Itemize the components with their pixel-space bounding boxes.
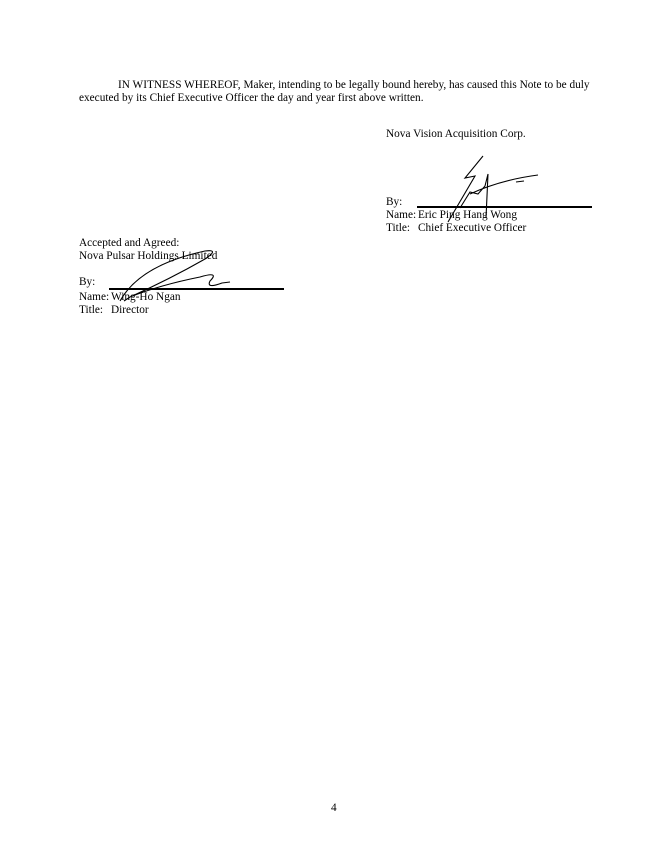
acceptance-by-label: By: <box>79 276 95 289</box>
acceptance-name-value: Wing-Ho Ngan <box>111 291 181 303</box>
maker-name-row: Name:Eric Ping Hang Wong <box>386 209 517 222</box>
maker-title-value: Chief Executive Officer <box>418 222 526 234</box>
acceptance-title-row: Title:Director <box>79 304 149 317</box>
maker-name-value: Eric Ping Hang Wong <box>418 209 517 221</box>
witness-paragraph-line1: IN WITNESS WHEREOF, Maker, intending to … <box>118 79 590 92</box>
acceptance-title-label: Title: <box>79 304 111 317</box>
maker-title-row: Title:Chief Executive Officer <box>386 222 526 235</box>
maker-title-label: Title: <box>386 222 418 235</box>
maker-company-name: Nova Vision Acquisition Corp. <box>386 128 526 141</box>
maker-by-label: By: <box>386 196 402 209</box>
acceptance-name-label: Name: <box>79 291 111 304</box>
witness-paragraph-line2: executed by its Chief Executive Officer … <box>79 92 424 105</box>
page-number: 4 <box>331 802 337 815</box>
maker-name-label: Name: <box>386 209 418 222</box>
acceptance-name-row: Name:Wing-Ho Ngan <box>79 291 181 304</box>
acceptance-title-value: Director <box>111 304 149 316</box>
